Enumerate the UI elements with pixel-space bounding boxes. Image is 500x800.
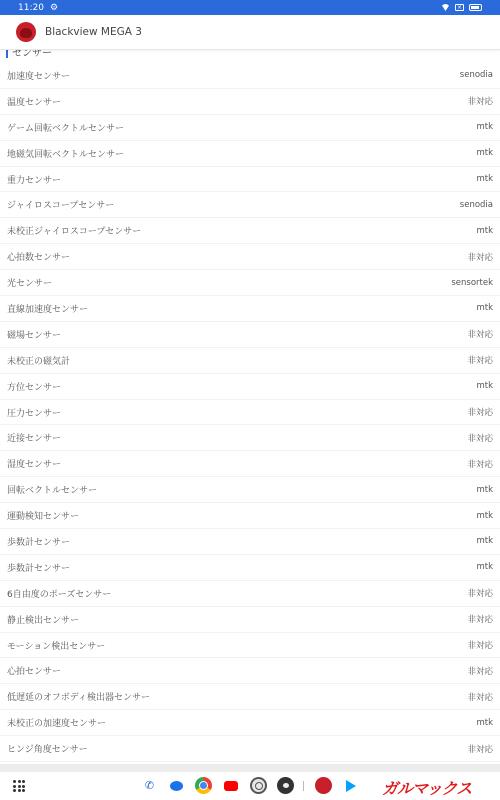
sensor-row[interactable]: 光センサーsensortek (0, 270, 500, 296)
camera-app-icon[interactable] (250, 777, 267, 794)
sensor-row[interactable]: 未校正の加速度センサーmtk (0, 710, 500, 736)
sensor-vendor: mtk (476, 718, 493, 728)
sensor-vendor: mtk (476, 122, 493, 132)
sensor-vendor: 非対応 (467, 613, 493, 625)
sensor-vendor: 非対応 (467, 251, 493, 263)
sensor-name: 心拍数センサー (7, 250, 70, 263)
sensor-name: 圧力センサー (7, 406, 61, 419)
sensor-vendor: senodia (460, 70, 493, 80)
sensor-vendor: 非対応 (467, 328, 493, 340)
sensor-vendor: 非対応 (467, 458, 493, 470)
sensor-vendor: mtk (476, 226, 493, 236)
sensor-vendor: sensortek (451, 278, 493, 288)
taskbar: ✆ ガルマックス (0, 772, 500, 800)
status-time: 11:20 (18, 3, 44, 13)
status-bar: 11:20 ⚙ × (0, 0, 500, 15)
sensor-vendor: mtk (476, 303, 493, 313)
sensor-vendor: 非対応 (467, 406, 493, 418)
sensor-vendor: 非対応 (467, 587, 493, 599)
sensor-name: 運動検知センサー (7, 509, 79, 522)
sensor-row[interactable]: 低遅延のオフボディ検出器センサー非対応 (0, 684, 500, 710)
sensor-row[interactable]: 温度センサー非対応 (0, 89, 500, 115)
antutu-app-icon[interactable] (315, 777, 332, 794)
sensor-name: ジャイロスコープセンサー (7, 198, 114, 211)
sensor-name: 未校正の磁気計 (7, 354, 70, 367)
sensor-vendor: 非対応 (467, 95, 493, 107)
sensor-row[interactable]: ヒンジ角度センサー非対応 (0, 736, 500, 762)
sensor-row[interactable]: 重力センサーmtk (0, 167, 500, 193)
list-bottom-edge (0, 764, 500, 772)
sensor-vendor: 非対応 (467, 665, 493, 677)
sensor-row[interactable]: 未校正の磁気計非対応 (0, 348, 500, 374)
sensor-name: 磁場センサー (7, 328, 61, 341)
app-title: Blackview MEGA 3 (45, 26, 142, 38)
sensor-row[interactable]: 回転ベクトルセンサーmtk (0, 477, 500, 503)
sensor-row[interactable]: 未校正ジャイロスコープセンサーmtk (0, 218, 500, 244)
sensor-name: 温度センサー (7, 95, 61, 108)
sensor-name: 歩数計センサー (7, 561, 70, 574)
dock-divider (303, 781, 304, 791)
no-sim-icon: × (455, 4, 464, 11)
sensor-vendor: 非対応 (467, 743, 493, 755)
phone-app-icon[interactable]: ✆ (141, 777, 158, 794)
sensor-name: 6自由度のポーズセンサー (7, 587, 111, 600)
messages-app-icon[interactable] (168, 777, 185, 794)
sensor-name: 未校正の加速度センサー (7, 716, 106, 729)
sensor-name: 回転ベクトルセンサー (7, 483, 97, 496)
sensor-row[interactable]: 磁場センサー非対応 (0, 322, 500, 348)
status-icons: × (441, 4, 482, 11)
sensor-name: 直線加速度センサー (7, 302, 88, 315)
sensor-name: 近接センサー (7, 431, 61, 444)
sensor-name: ゲーム回転ベクトルセンサー (7, 121, 124, 134)
chrome-app-icon[interactable] (195, 777, 212, 794)
sensor-vendor: 非対応 (467, 354, 493, 366)
sensor-row[interactable]: 近接センサー非対応 (0, 425, 500, 451)
sensor-name: 加速度センサー (7, 69, 70, 82)
sensor-vendor: mtk (476, 381, 493, 391)
battery-icon (469, 4, 482, 11)
sensor-name: モーション検出センサー (7, 639, 105, 652)
sensor-name: 静止検出センサー (7, 613, 79, 626)
sensor-vendor: mtk (476, 485, 493, 495)
sensor-list[interactable]: 加速度センサーsenodia温度センサー非対応ゲーム回転ベクトルセンサーmtk地… (0, 63, 500, 762)
sensor-name: 湿度センサー (7, 457, 61, 470)
sensor-vendor: 非対応 (467, 691, 493, 703)
youtube-app-icon[interactable] (222, 777, 239, 794)
settings-gear-icon: ⚙ (50, 3, 58, 13)
sensor-row[interactable]: モーション検出センサー非対応 (0, 633, 500, 659)
sensor-name: 光センサー (7, 276, 52, 289)
sensor-row[interactable]: 湿度センサー非対応 (0, 451, 500, 477)
sensor-name: 低遅延のオフボディ検出器センサー (7, 690, 150, 703)
antutu-logo-icon (16, 22, 36, 42)
sensor-row[interactable]: 方位センサーmtk (0, 374, 500, 400)
sensor-row[interactable]: 心拍センサー非対応 (0, 658, 500, 684)
camera-alt-app-icon[interactable] (277, 777, 294, 794)
play-store-app-icon[interactable] (342, 777, 359, 794)
wifi-icon (441, 4, 450, 11)
sensor-row[interactable]: 圧力センサー非対応 (0, 400, 500, 426)
sensor-vendor: mtk (476, 148, 493, 158)
sensor-row[interactable]: ジャイロスコープセンサーsenodia (0, 192, 500, 218)
sensor-vendor: mtk (476, 174, 493, 184)
app-drawer-icon[interactable] (13, 780, 25, 792)
sensor-vendor: mtk (476, 511, 493, 521)
sensor-vendor: mtk (476, 536, 493, 546)
watermark-logo: ガルマックス (382, 776, 471, 799)
sensor-name: 重力センサー (7, 173, 61, 186)
sensor-vendor: mtk (476, 562, 493, 572)
sensor-name: 未校正ジャイロスコープセンサー (7, 224, 141, 237)
sensor-vendor: senodia (460, 200, 493, 210)
sensor-row[interactable]: 6自由度のポーズセンサー非対応 (0, 581, 500, 607)
sensor-name: 方位センサー (7, 380, 61, 393)
sensor-vendor: 非対応 (467, 639, 493, 651)
sensor-row[interactable]: ゲーム回転ベクトルセンサーmtk (0, 115, 500, 141)
sensor-name: 地磁気回転ベクトルセンサー (7, 147, 124, 160)
sensor-row[interactable]: 歩数計センサーmtk (0, 555, 500, 581)
sensor-row[interactable]: 運動検知センサーmtk (0, 503, 500, 529)
sensor-name: ヒンジ角度センサー (7, 742, 88, 755)
sensor-name: 歩数計センサー (7, 535, 70, 548)
sensor-name: 心拍センサー (7, 664, 61, 677)
app-bar: Blackview MEGA 3 (0, 15, 500, 50)
sensor-row[interactable]: 心拍数センサー非対応 (0, 244, 500, 270)
sensor-row[interactable]: 加速度センサーsenodia (0, 63, 500, 89)
sensor-row[interactable]: 静止検出センサー非対応 (0, 607, 500, 633)
sensor-row[interactable]: 地磁気回転ベクトルセンサーmtk (0, 141, 500, 167)
sensor-row[interactable]: 歩数計センサーmtk (0, 529, 500, 555)
sensor-row[interactable]: 直線加速度センサーmtk (0, 296, 500, 322)
sensor-vendor: 非対応 (467, 432, 493, 444)
